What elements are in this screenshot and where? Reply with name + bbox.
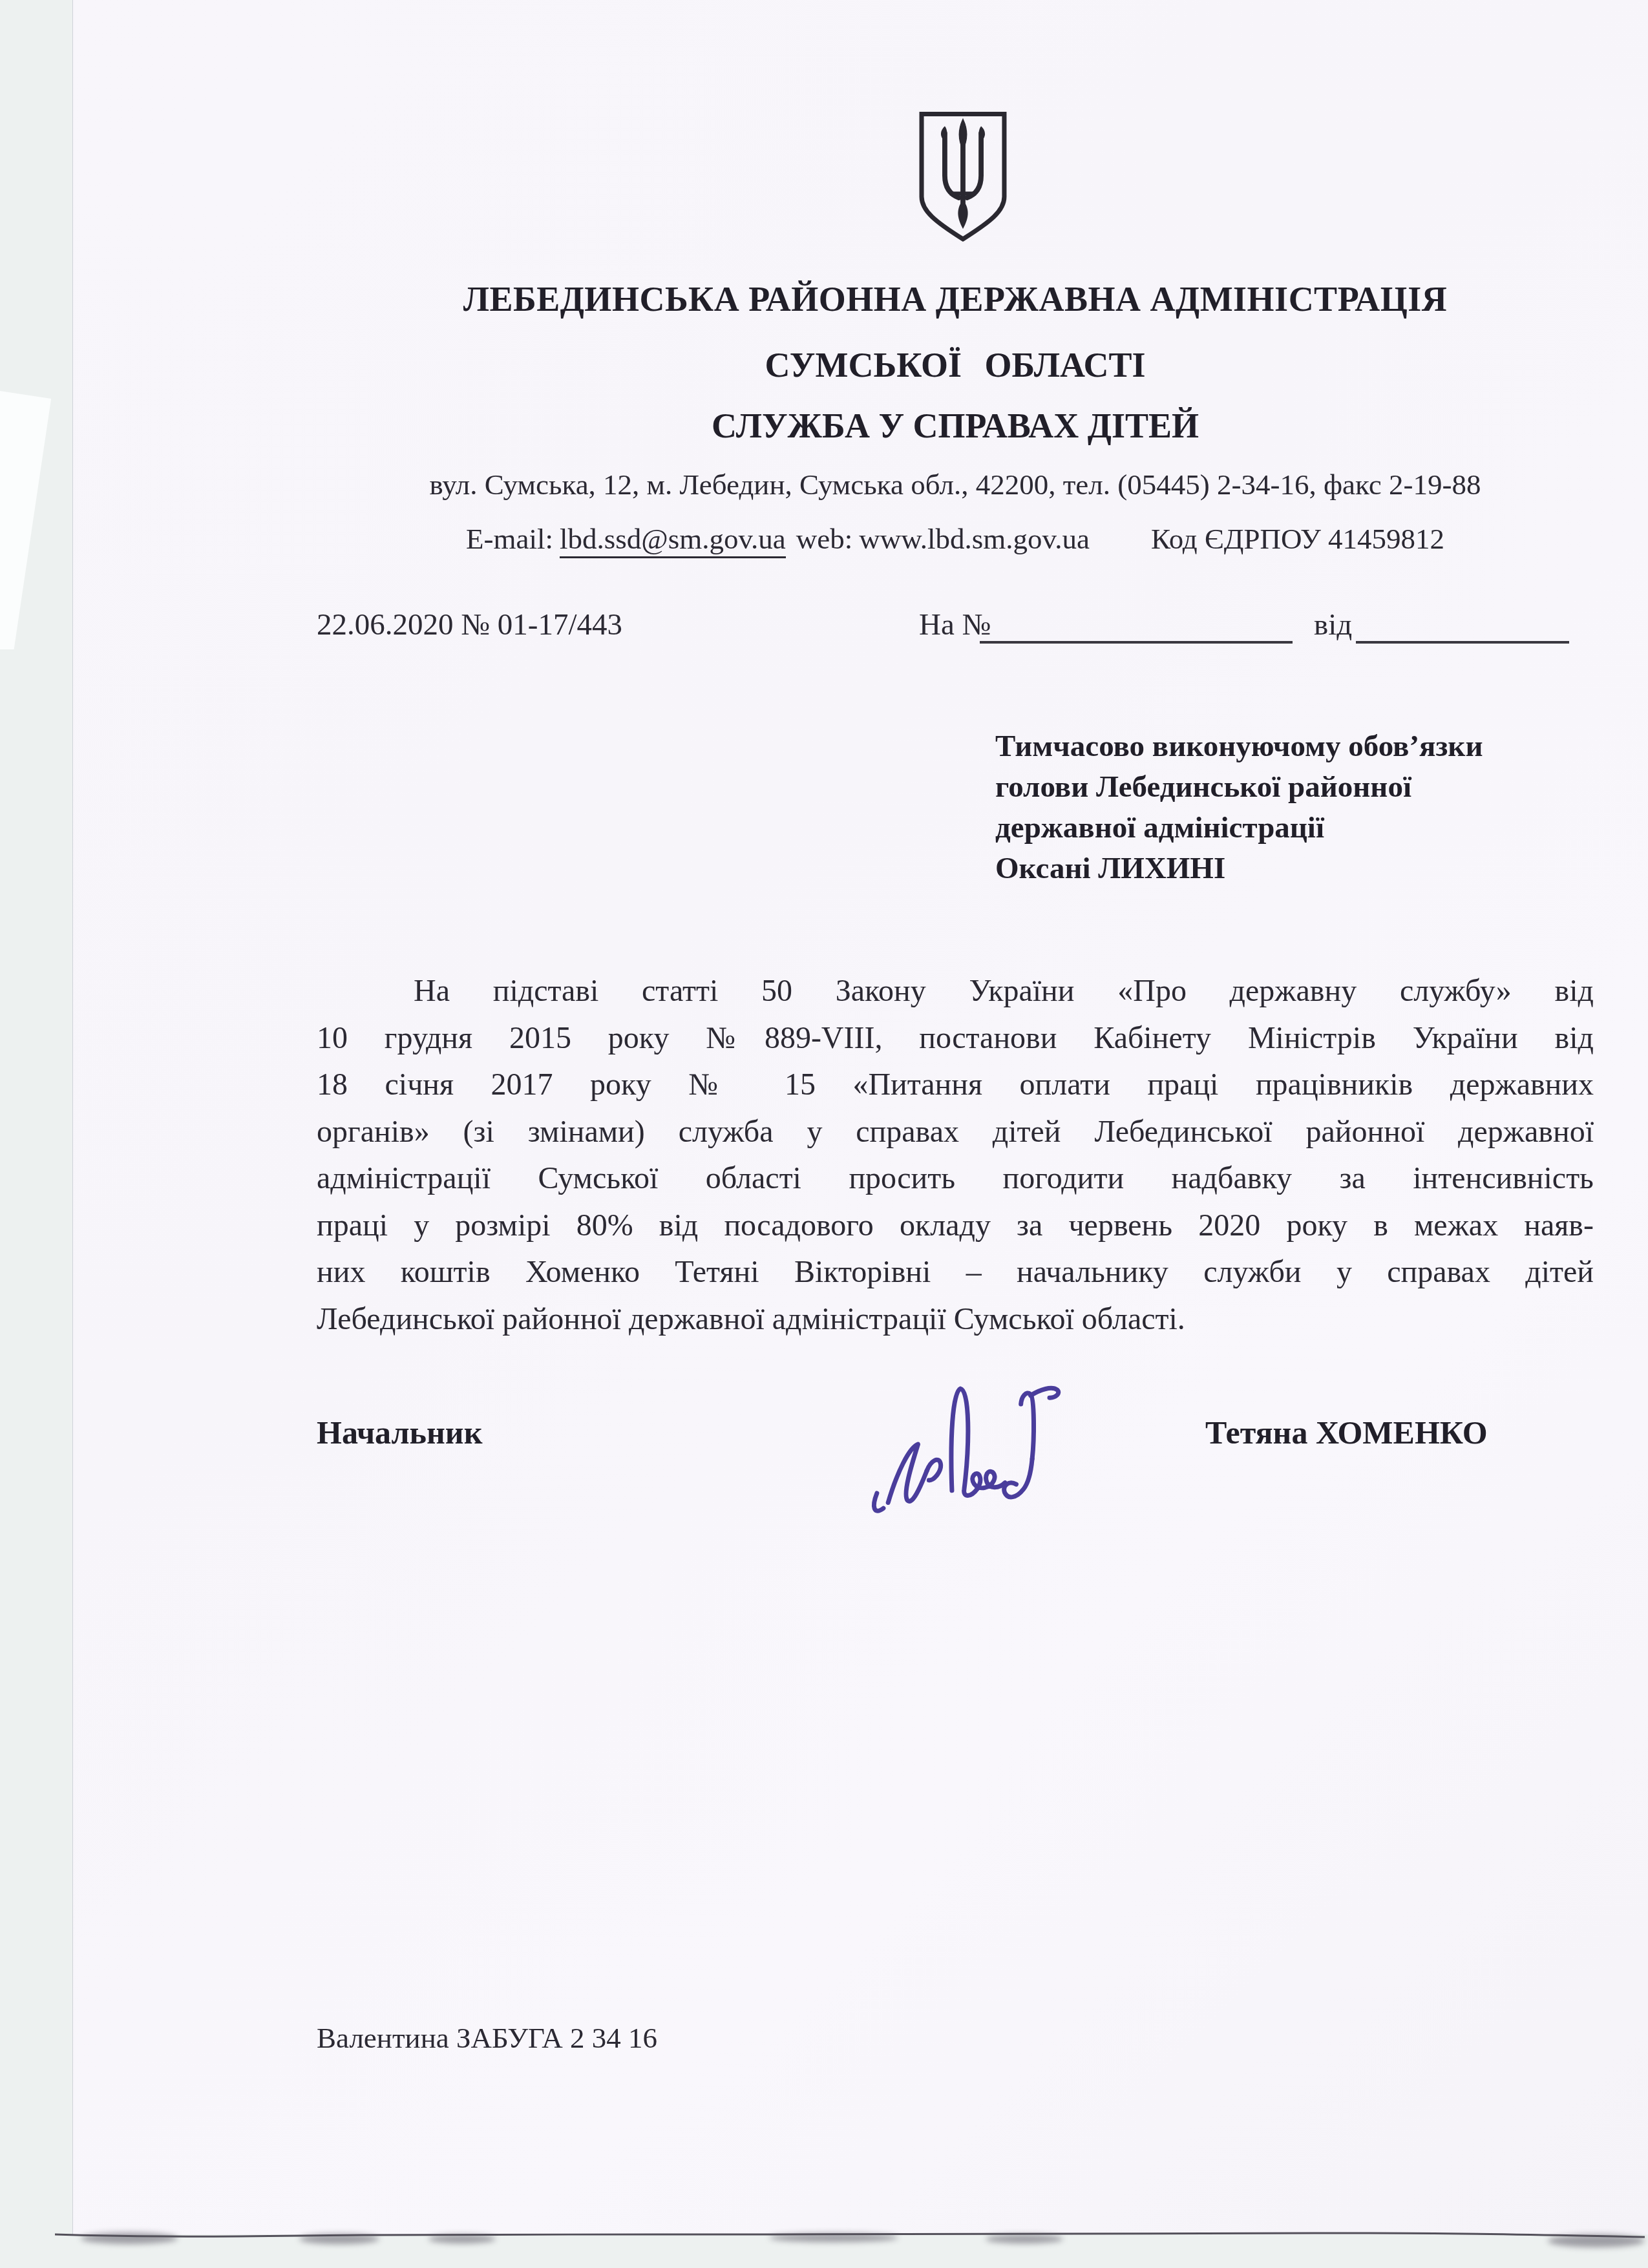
body-line: праці у розмірі 80% від посадового оклад… [317, 1202, 1594, 1250]
reply-from-label: від [1314, 607, 1352, 642]
email-label: E-mail: [466, 523, 553, 555]
underlying-sheet-corner [0, 391, 58, 649]
body-line: 18 січня 2017 року № 15 «Питання оплати … [317, 1062, 1594, 1109]
ukraine-trident-icon [913, 109, 1013, 246]
page-bottom-edge [52, 2218, 1648, 2259]
letter-content: ЛЕБЕДИНСЬКА РАЙОННА ДЕРЖАВНА АДМІНІСТРАЦ… [317, 0, 1594, 2268]
scanned-letter-page: { "letterhead": { "org_line1": "ЛЕБЕДИНС… [0, 0, 1648, 2268]
recipient-line: Тимчасово виконуючому обов’язки [995, 726, 1596, 767]
reply-to-label: На № [919, 607, 991, 642]
recipient-block: Тимчасово виконуючому обов’язки голови Л… [995, 726, 1596, 889]
org-address-line: вул. Сумська, 12, м. Лебедин, Сумська об… [317, 468, 1594, 501]
body-line: адміністрації Сумської області просить п… [317, 1155, 1594, 1202]
signer-name: Тетяна ХОМЕНКО [1205, 1414, 1488, 1451]
reference-row: 22.06.2020 № 01-17/443 На № від [317, 607, 1594, 653]
email-address: lbd.ssd@sm.gov.ua [560, 523, 786, 558]
body-line: органів» (зі змінами) служба у справах д… [317, 1109, 1594, 1156]
body-line: Лебединської районної державної адмініст… [317, 1296, 1594, 1343]
body-line: 10 грудня 2015 року №889-VIII, постанови… [317, 1015, 1594, 1062]
recipient-line: державної адміністрації [995, 808, 1596, 848]
org-contacts-line: E-mail:lbd.ssd@sm.gov.uaweb:www.lbd.sm.g… [317, 522, 1594, 556]
org-name-line-2: СУМСЬКОЇ ОБЛАСТІ [317, 345, 1594, 385]
signer-position: Начальник [317, 1414, 482, 1451]
body-line: На підставі статті 50 Закону України «Пр… [317, 968, 1594, 1015]
reply-date-blank-line [1356, 641, 1569, 644]
org-name-line-3: СЛУЖБА У СПРАВАХ ДІТЕЙ [317, 406, 1594, 446]
body-paragraph: На підставі статті 50 Закону України «Пр… [317, 968, 1594, 1343]
outgoing-date-number: 22.06.2020 № 01-17/443 [317, 607, 622, 642]
edrpou-code: Код ЄДРПОУ 41459812 [1151, 523, 1444, 555]
recipient-name: Оксані ЛИХИНІ [995, 848, 1596, 889]
org-name-line-1: ЛЕБЕДИНСЬКА РАЙОННА ДЕРЖАВНА АДМІНІСТРАЦ… [317, 279, 1594, 319]
web-address: www.lbd.sm.gov.ua [859, 523, 1090, 555]
executor-note: Валентина ЗАБУГА 2 34 16 [317, 2021, 657, 2055]
recipient-line: голови Лебединської районної [995, 767, 1596, 808]
body-line: них коштів Хоменко Тетяні Вікторівні – н… [317, 1249, 1594, 1296]
handwritten-signature [854, 1352, 1087, 1526]
reply-number-blank-line [980, 641, 1293, 644]
web-label: web: [796, 523, 852, 555]
